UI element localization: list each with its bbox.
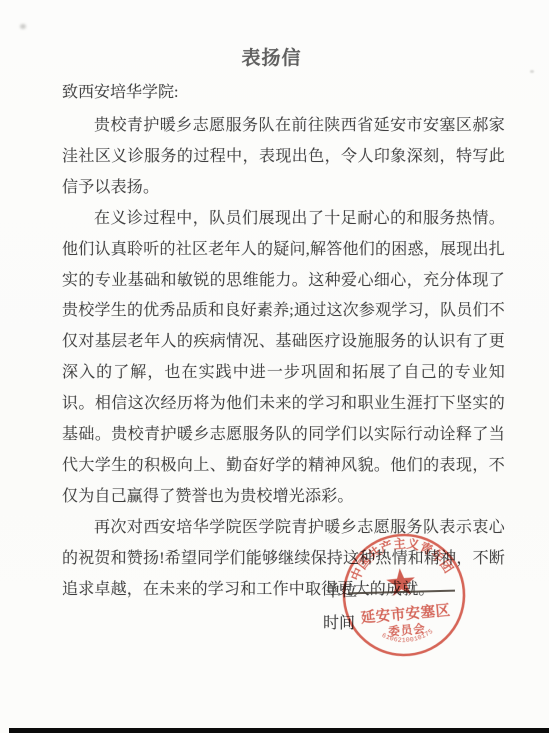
scan-edge-artifact: [9, 728, 549, 733]
star-icon: [385, 567, 416, 596]
scan-smudge: [20, 24, 26, 29]
letter-salutation: 致西安培华学院:: [62, 83, 505, 103]
seal-region-text: 延安市安塞区: [360, 601, 451, 627]
letter-title: 表扬信: [50, 47, 493, 70]
letter-content: 表扬信 致西安培华学院: 贵校青护暖乡志愿服务队在前往陕西省延安市安塞区郝家洼社…: [62, 0, 505, 606]
letter-page: 表扬信 致西安培华学院: 贵校青护暖乡志愿服务队在前往陕西省延安市安塞区郝家洼社…: [0, 0, 549, 733]
letter-paragraph: 贵校青护暖乡志愿服务队在前往陕西省延安市安塞区郝家洼社区义诊服务的过程中，表现出…: [62, 111, 505, 204]
letter-paragraph: 在义诊过程中，队员们展现出了十足耐心的和服务热情。他们认真聆听的社区老年人的疑问…: [62, 204, 505, 513]
scan-speck: [530, 70, 534, 73]
official-seal: 中国共产主义青年团 延安市安塞区 委员会 6106210010175: [328, 519, 480, 671]
